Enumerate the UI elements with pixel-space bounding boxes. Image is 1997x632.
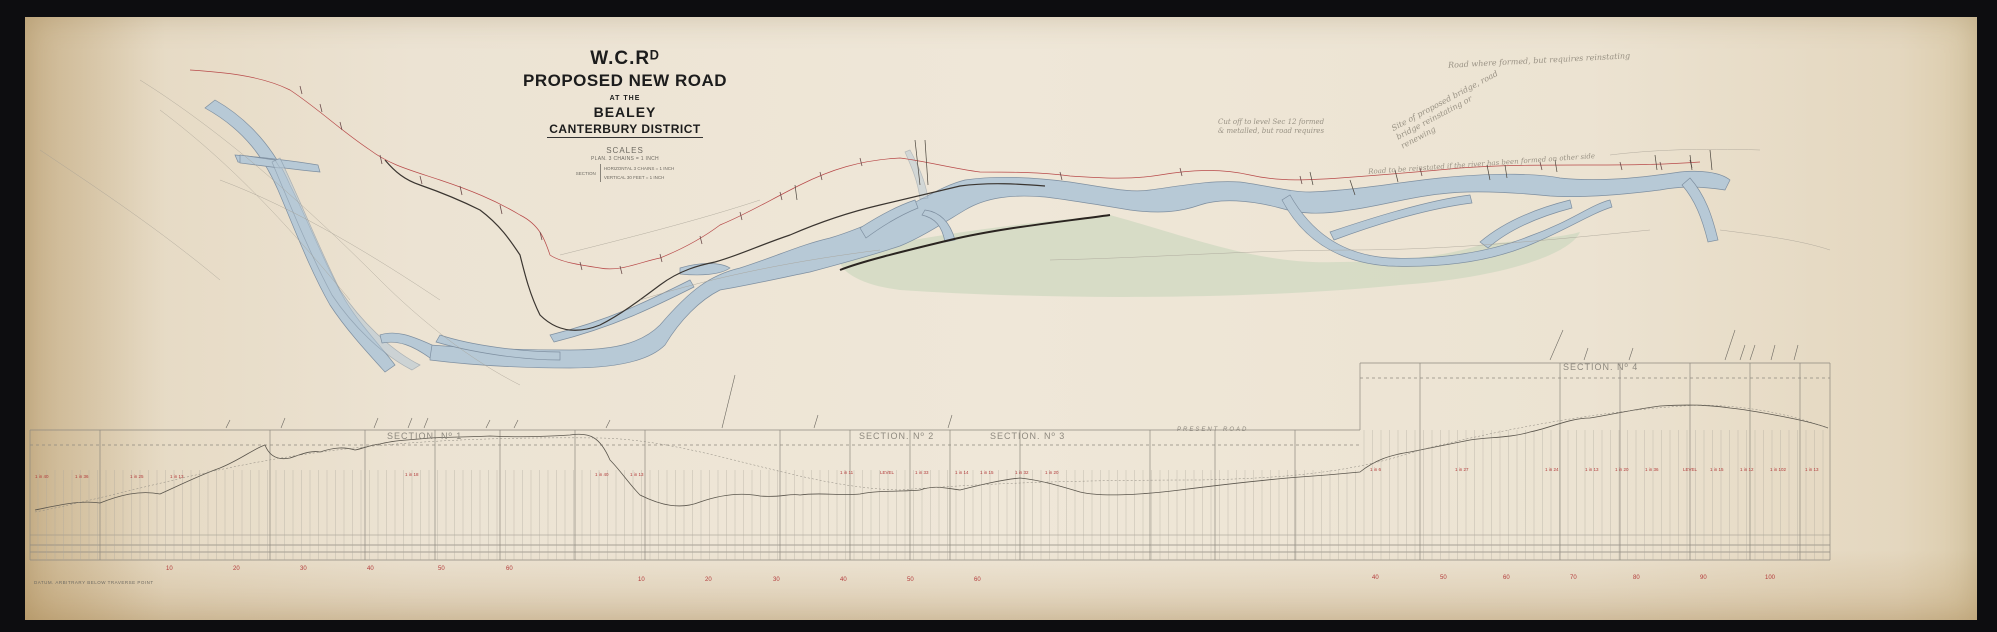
chainage-label: 30 (300, 566, 307, 572)
gradient-label: 1 in 36 (1645, 467, 1659, 472)
gradient-label: 1 in 13 (170, 474, 184, 479)
gradient-label: 1 in 6 (1370, 467, 1381, 472)
gradient-label: 1 in 11 (840, 470, 853, 475)
gradient-label: 1 in 14 (955, 470, 969, 475)
chainage-label: 60 (974, 577, 981, 583)
section-ordinates (38, 430, 1823, 560)
datum-note: DATUM. ARBITRARY BELOW TRAVERSE POINT (34, 580, 154, 585)
map-drawing (0, 0, 1997, 632)
chainage-label: 40 (367, 566, 374, 572)
section-4-label: SECTION. Nº 4 (1563, 362, 1638, 372)
gradient-label: 1 in 15 (1710, 467, 1724, 472)
present-road-label: PRESENT ROAD (1177, 427, 1248, 433)
gradient-label: 1 in 20 (1615, 467, 1629, 472)
ground-profile (35, 405, 1828, 510)
gradient-label: 1 in 13 (630, 472, 644, 477)
gradient-label: 1 in 40 (595, 472, 609, 477)
scale-vertical: VERTICAL 30 FEET = 1 INCH (604, 173, 674, 182)
scales-block: SCALES PLAN. 3 CHAINS = 1 INCH SECTION H… (505, 146, 745, 182)
chainage-label: 70 (1570, 575, 1577, 581)
chainage-label: 90 (1700, 575, 1707, 581)
note-section-12: Cut off to level Sec 12 formed & metalle… (1218, 118, 1328, 136)
title-at-the: AT THE (505, 94, 745, 104)
chainage-label: 10 (166, 566, 173, 572)
gradient-label: 1 in 40 (35, 474, 49, 479)
gradient-label: 1 in 20 (1045, 470, 1059, 475)
gradient-label: 1 in 27 (1455, 467, 1469, 472)
section-frame (30, 363, 1830, 560)
gradient-label: 1 in 102 (1770, 467, 1786, 472)
section-1-label: SECTION. Nº 1 (387, 431, 462, 441)
gradient-label: 1 in 18 (405, 472, 419, 477)
gradient-label: 1 in 13 (1585, 467, 1599, 472)
section-2-label: SECTION. Nº 2 (859, 431, 934, 441)
scale-section-bracket: HORIZONTAL 3 CHAINS = 1 INCH VERTICAL 30… (600, 164, 674, 182)
chainage-label: 50 (1440, 575, 1447, 581)
title-company: W.C.Rᴰ (505, 48, 745, 70)
scale-section-label: SECTION (576, 169, 596, 178)
gradient-label: 1 in 24 (1545, 467, 1559, 472)
gradient-label: 1 in 33 (915, 470, 929, 475)
gradient-label: 1 in 32 (1015, 470, 1029, 475)
chainage-label: 80 (1633, 575, 1640, 581)
chainage-label: 40 (1372, 575, 1379, 581)
chainage-label: 60 (1503, 575, 1510, 581)
gradient-label: LEVEL (1683, 467, 1697, 472)
chainage-label: 50 (438, 566, 445, 572)
gradient-label: 1 in 13 (1805, 467, 1819, 472)
chainage-label: 60 (506, 566, 513, 572)
section-3-label: SECTION. Nº 3 (990, 431, 1065, 441)
chainage-label: 30 (773, 577, 780, 583)
scale-horizontal: HORIZONTAL 3 CHAINS = 1 INCH (604, 164, 674, 173)
gradient-label: 1 in 15 (980, 470, 994, 475)
title-main: PROPOSED NEW ROAD (505, 70, 745, 92)
chainage-label: 50 (907, 577, 914, 583)
scale-section: SECTION HORIZONTAL 3 CHAINS = 1 INCH VER… (505, 164, 745, 182)
chainage-label: 10 (638, 577, 645, 583)
chainage-label: 20 (233, 566, 240, 572)
chainage-label: 40 (840, 577, 847, 583)
formation-line (35, 405, 1828, 512)
title-block: W.C.Rᴰ PROPOSED NEW ROAD AT THE BEALEY C… (505, 48, 745, 182)
gradient-label: LEVEL (880, 470, 894, 475)
scales-title: SCALES (505, 146, 745, 155)
title-place: BEALEY (505, 104, 745, 120)
gradient-label: 1 in 12 (1740, 467, 1754, 472)
gradient-label: 1 in 36 (75, 474, 89, 479)
chainage-label: 100 (1765, 575, 1775, 581)
title-district: CANTERBURY DISTRICT (547, 121, 703, 138)
scale-plan: PLAN. 3 CHAINS = 1 INCH (505, 155, 745, 164)
gradient-label: 1 in 25 (130, 474, 144, 479)
chainage-label: 20 (705, 577, 712, 583)
